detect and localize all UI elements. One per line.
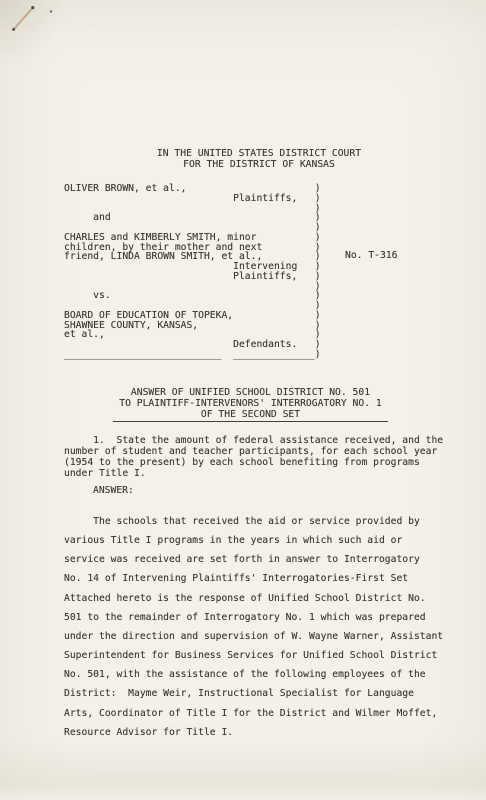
case-caption: OLIVER BROWN, et al., ) Plaintiffs, ) ) … — [64, 184, 321, 360]
interrogatory-text: 1. State the amount of federal assistanc… — [64, 436, 443, 480]
scanned-document-page: IN THE UNITED STATES DISTRICT COURT FOR … — [0, 0, 486, 800]
answer-body-text: The schools that received the aid or ser… — [64, 512, 443, 742]
staple-mark-icon — [8, 2, 68, 42]
case-number: No. T-316 — [345, 251, 398, 261]
document-title: ANSWER OF UNIFIED SCHOOL DISTRICT NO. 50… — [113, 387, 388, 422]
court-heading: IN THE UNITED STATES DISTRICT COURT FOR … — [64, 149, 454, 170]
answer-label: ANSWER: — [93, 486, 134, 497]
